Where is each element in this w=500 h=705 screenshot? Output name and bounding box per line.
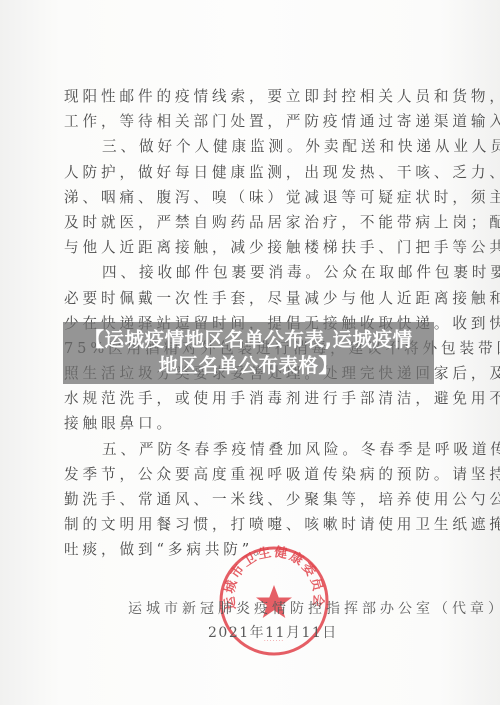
banner-title-line-2: 地区名单公布表格】: [85, 353, 413, 379]
issuer-signature: 运城市新冠肺炎疫情防控指挥部办公室（代章）: [128, 598, 418, 618]
text-line: 现阳性邮件的疫情线索，要立即封控相关人员和货物，暂停经营: [64, 84, 444, 109]
section-heading-3: 三、做好个人健康监测。外卖配送和快递从业人员要加强个: [64, 134, 444, 159]
text-line: 人防护，做好每日健康监测，出现发热、干咳、乏力、鼻塞、流: [64, 160, 444, 185]
issue-date: 2021年11月11日: [208, 622, 338, 642]
document-page: 现阳性邮件的疫情线索，要立即封控相关人员和货物，暂停经营 工作，等待相关部门处置…: [0, 0, 500, 705]
text-line: 勤洗手、常通风、一米线、少聚集等，培养使用公勺公筷和分餐: [64, 487, 444, 512]
text-line: 及时就医，严禁自购药品居家治疗，不能带病上岗；配送时避免: [64, 210, 444, 235]
text-line: 接触眼鼻口。: [64, 411, 444, 436]
text-line: 必要时佩戴一次性手套，尽量减少与他人近距离接触和交流，减: [64, 286, 444, 311]
banner-title: 【运城疫情地区名单公布表,运城疫情 地区名单公布表格】: [85, 327, 413, 379]
text-line: 发季节，公众要高度重视呼吸道传染病的预防。请坚持戴口罩、: [64, 462, 444, 487]
section-heading-5: 五、严防冬春季疫情叠加风险。冬春季是呼吸道传染病的高: [64, 437, 444, 462]
text-line: 与他人近距离接触，减少接触楼梯扶手、门把手等公共设施。: [64, 235, 444, 260]
text-line: 涕、咽痛、腹泻、嗅（味）觉减退等可疑症状时，须主动报告、: [64, 185, 444, 210]
section-heading-4: 四、接收邮件包裹要消毒。公众在取邮件包裹时要戴好口罩，: [64, 260, 444, 285]
title-overlay-banner: 【运城疫情地区名单公布表,运城疫情 地区名单公布表格】: [63, 322, 434, 384]
text-line: 水规范洗手，或使用手消毒剂进行手部清洁，避免用不干净的手: [64, 386, 444, 411]
banner-title-line-1: 【运城疫情地区名单公布表,运城疫情: [85, 327, 413, 353]
text-line: 制的文明用餐习惯，打喷嚏、咳嗽时请使用卫生纸遮掩、不随地: [64, 512, 444, 537]
text-line: 工作，等待相关部门处置，严防疫情通过寄递渠道输入我市。: [64, 109, 444, 134]
